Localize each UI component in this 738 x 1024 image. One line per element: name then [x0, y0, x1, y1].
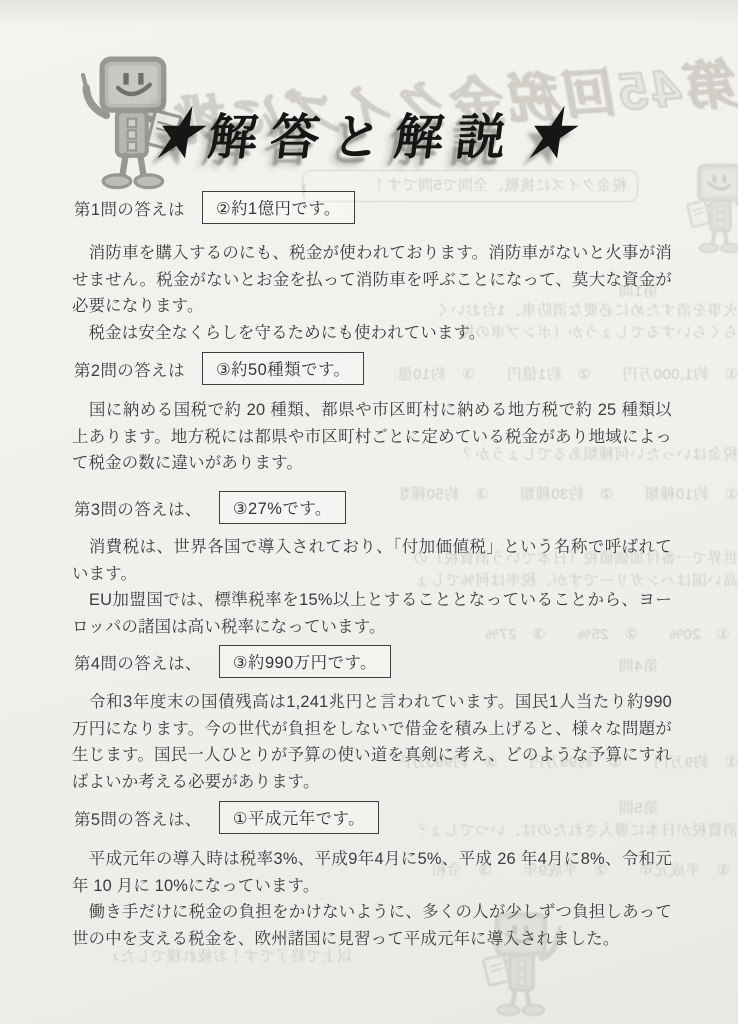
- scanned-page: 第45回税金クイズに挑戦 税金クイズに挑戦、全問で5問です！ 第1問 火事を消す…: [0, 0, 738, 1024]
- question-2-label: 第2問の答えは: [74, 357, 185, 381]
- show-through-q5-label: 第5問: [598, 798, 658, 820]
- question-3-label: 第3問の答えは、: [74, 496, 202, 520]
- question-2-answer-row: 第2問の答えは ③約50種類です。: [74, 352, 364, 385]
- paragraph: 消費税は、世界各国で導入されており、「付加価値税」という名称で呼ばれています。: [72, 534, 672, 587]
- question-1-label: 第1問の答えは: [74, 196, 185, 220]
- question-5-explanation: 平成元年の導入時は税率3%、平成9年4月に5%、平成 26 年4月に8%、令和元…: [72, 846, 672, 952]
- star-icon: ★: [512, 98, 593, 171]
- question-1-answer-row: 第1問の答えは ②約1億円です。: [74, 191, 355, 224]
- page-title-text: 解答と解説: [205, 99, 524, 169]
- show-through-q2-options: ① 約10種類 ② 約30種類 ③ 約50種類: [400, 484, 738, 506]
- show-through-mascot-icon: [676, 158, 738, 262]
- paragraph: 働き手だけに税金の負担をかけないように、多くの人が少しずつ負担しあって世の中を支…: [72, 899, 672, 952]
- paragraph: 税金は安全なくらしを守るためにも使われています。: [72, 320, 672, 347]
- show-through-q5-text: 消費税が日本に導入されたのは、いつでしょうか。: [420, 820, 738, 842]
- paragraph: EU加盟国では、標準税率を15%以上とすることとなっていることから、ヨーロッパの…: [72, 587, 672, 640]
- question-4-answer-box: ③約990万円です。: [219, 645, 391, 678]
- page-title: ★ 解答と解説 ★: [132, 80, 602, 188]
- question-2-answer-box: ③約50種類です。: [202, 352, 364, 385]
- paragraph: 消防車を購入するのにも、税金が使われております。消防車がないと火事が消せません。…: [72, 240, 672, 320]
- question-1-answer-box: ②約1億円です。: [202, 191, 355, 224]
- question-5-answer-box: ①平成元年です。: [219, 801, 379, 834]
- question-5-answer-row: 第5問の答えは、 ①平成元年です。: [74, 801, 379, 834]
- question-3-explanation: 消費税は、世界各国で導入されており、「付加価値税」という名称で呼ばれています。 …: [72, 534, 672, 640]
- paragraph: 令和3年度末の国債残高は1,241兆円と言われています。国民1人当たり約990万…: [72, 689, 672, 795]
- question-2-explanation: 国に納める国税で約 20 種類、都県や市区町村に納める地方税で約 25 種類以上…: [72, 397, 672, 477]
- show-through-q1-options: ① 約1,000万円 ② 約1億円 ③ 約10億円: [395, 364, 738, 386]
- paragraph: 国に納める国税で約 20 種類、都県や市区町村に納める地方税で約 25 種類以上…: [72, 397, 672, 477]
- paragraph: 平成元年の導入時は税率3%、平成9年4月に5%、平成 26 年4月に8%、令和元…: [72, 846, 672, 899]
- question-5-label: 第5問の答えは、: [74, 806, 202, 830]
- show-through-q4-label: 第4問: [598, 656, 658, 678]
- question-4-answer-row: 第4問の答えは、 ③約990万円です。: [74, 645, 391, 678]
- question-3-answer-box: ③27%です。: [219, 491, 346, 524]
- question-3-answer-row: 第3問の答えは、 ③27%です。: [74, 491, 346, 524]
- question-4-explanation: 令和3年度末の国債残高は1,241兆円と言われています。国民1人当たり約990万…: [72, 689, 672, 795]
- question-4-label: 第4問の答えは、: [74, 650, 202, 674]
- question-1-explanation: 消防車を購入するのにも、税金が使われております。消防車がないと火事が消せません。…: [72, 240, 672, 346]
